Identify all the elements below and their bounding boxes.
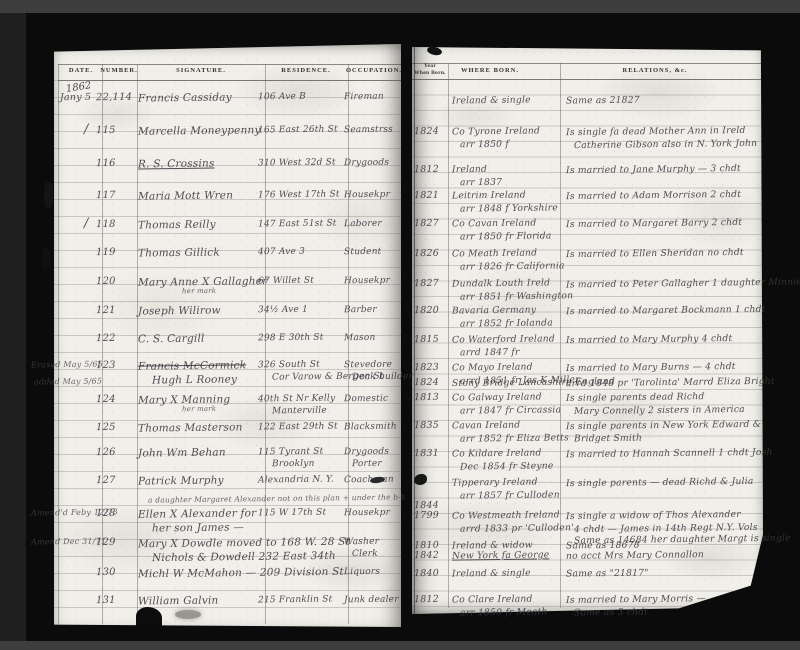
scan-shadow xyxy=(136,607,162,627)
scanned-ledger-screenshot: DATE. NUMBER. SIGNATURE. RESIDENCE. OCCU… xyxy=(0,0,800,650)
column-divider xyxy=(448,63,449,608)
header-occupation: OCCUPATION. xyxy=(346,67,402,74)
right-page xyxy=(412,47,763,614)
column-divider xyxy=(102,64,103,624)
header-top-line xyxy=(58,64,401,65)
paper-texture xyxy=(412,47,763,614)
scan-edge-mark xyxy=(42,248,50,270)
header-top-line xyxy=(412,63,763,64)
column-divider xyxy=(348,64,349,624)
scan-left-edge xyxy=(0,13,26,641)
left-page xyxy=(54,44,401,627)
header-number: NUMBER. xyxy=(100,67,138,74)
header-signature: SIGNATURE. xyxy=(176,67,226,74)
header-date: DATE. xyxy=(69,67,93,74)
header-residence: RESIDENCE. xyxy=(281,67,331,74)
column-divider xyxy=(137,64,138,624)
column-divider xyxy=(560,63,561,608)
ruled-lines xyxy=(412,79,763,608)
header-bottom-line xyxy=(58,80,401,81)
header-bottom-line xyxy=(412,79,763,80)
page-fold-line xyxy=(414,47,415,614)
column-divider xyxy=(265,64,266,624)
header-relations: RELATIONS, &c. xyxy=(623,67,688,74)
header-year-when-born-2: When Born. xyxy=(414,70,446,76)
header-where-born: WHERE BORN. xyxy=(461,67,519,74)
header-year-when-born-1: Year xyxy=(424,63,436,69)
column-divider xyxy=(58,64,59,624)
scan-edge-mark xyxy=(44,182,53,208)
smudge xyxy=(175,610,201,619)
